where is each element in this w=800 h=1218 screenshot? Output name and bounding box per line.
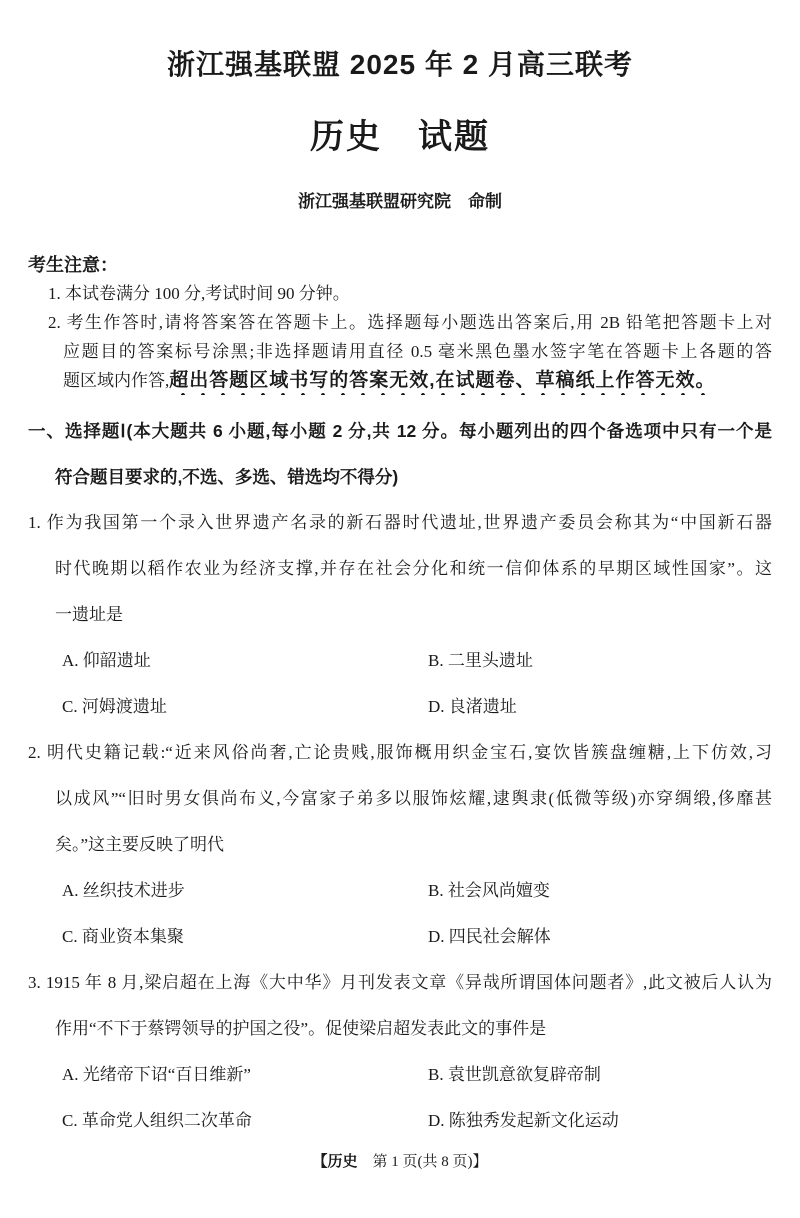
candidate-notice-section: 考生注意： 1. 本试卷满分 100 分,考试时间 90 分钟。 2. 考生作答… [28,254,772,395]
exam-title: 浙江强基联盟 2025 年 2 月高三联考 [28,0,772,82]
question-1-stem-line-1: 1. 作为我国第一个录入世界遗产名录的新石器时代遗址,世界遗产委员会称其为“中国… [28,500,772,546]
section-1-heading-line-2: 符合题目要求的,不选、多选、错选均不得分) [55,454,772,500]
question-1-options-row-1: A. 仰韶遗址 B. 二里头遗址 [28,638,772,684]
question-2-option-c: C. 商业资本集聚 [62,914,184,960]
question-1-options-row-2: C. 河姆渡遗址 D. 良渚遗址 [28,684,772,730]
question-3-option-a: A. 光绪帝下诏“百日维新” [62,1052,251,1098]
question-2-stem-line-2: 以成风”“旧时男女俱尚布义,今富家子弟多以服饰炫耀,逮舆隶(低微等级)亦穿绸缎,… [55,776,772,822]
question-2: 2. 明代史籍记载:“近来风俗尚奢,亡论贵贱,服饰概用织金宝石,宴饮皆簇盘缠糖,… [28,730,772,960]
question-2-option-d: D. 四民社会解体 [428,914,551,960]
question-1-stem-line-2: 时代晚期以稻作农业为经济支撑,并存在社会分化和统一信仰体系的早期区域性国家”。这 [55,546,772,592]
issuer-line: 浙江强基联盟研究院 命制 [28,192,772,212]
notice-heading: 考生注意： [28,254,772,276]
notice-list: 1. 本试卷满分 100 分,考试时间 90 分钟。 2. 考生作答时,请将答案… [28,279,772,395]
footer-subject-label: 【历史 [312,1153,357,1170]
notice-item-1: 1. 本试卷满分 100 分,考试时间 90 分钟。 [48,279,772,308]
subject-title: 历史 试题 [28,118,772,158]
section-1-heading-line-1: 一、选择题Ⅰ(本大题共 6 小题,每小题 2 分,共 12 分。每小题列出的四个… [28,408,772,454]
question-1-option-a: A. 仰韶遗址 [62,638,151,684]
notice-item-2-line-3: 题区域内作答,超出答题区域书写的答案无效,在试题卷、草稿纸上作答无效。 [63,366,772,395]
question-3-option-c: C. 革命党人组织二次革命 [62,1098,252,1144]
question-1-option-b: B. 二里头遗址 [428,638,533,684]
question-1-option-c: C. 河姆渡遗址 [62,684,167,730]
question-1-stem-line-3: 一遗址是 [55,592,772,638]
question-1: 1. 作为我国第一个录入世界遗产名录的新石器时代遗址,世界遗产委员会称其为“中国… [28,500,772,730]
page-footer: 【历史 第 1 页(共 8 页)】 [28,1153,772,1171]
question-2-stem-line-1: 2. 明代史籍记载:“近来风俗尚奢,亡论贵贱,服饰概用织金宝石,宴饮皆簇盘缠糖,… [28,730,772,776]
question-3-stem-line-1: 3. 1915 年 8 月,梁启超在上海《大中华》月刊发表文章《异哉所谓国体问题… [28,960,772,1006]
question-3-option-b: B. 袁世凯意欲复辟帝制 [428,1052,601,1098]
notice-item-2-line-1: 2. 考生作答时,请将答案答在答题卡上。选择题每小题选出答案后,用 2B 铅笔把… [48,308,772,337]
notice-item-2-line-2: 应题目的答案标号涂黑;非选择题请用直径 0.5 毫米黑色墨水签字笔在答题卡上各题… [63,337,772,366]
question-3: 3. 1915 年 8 月,梁启超在上海《大中华》月刊发表文章《异哉所谓国体问题… [28,960,772,1144]
section-1-heading: 一、选择题Ⅰ(本大题共 6 小题,每小题 2 分,共 12 分。每小题列出的四个… [28,408,772,500]
notice-item-2-line-3-normal: 题区域内作答, [63,371,169,390]
question-3-stem-line-2: 作用“不下于蔡锷领导的护国之役”。促使梁启超发表此文的事件是 [55,1006,772,1052]
question-2-option-a: A. 丝织技术进步 [62,868,185,914]
footer-page-number: 第 1 页(共 8 页)】 [358,1154,488,1170]
question-3-option-d: D. 陈独秀发起新文化运动 [428,1098,619,1144]
question-2-options-row-1: A. 丝织技术进步 B. 社会风尚嬗变 [28,868,772,914]
exam-paper-page: 浙江强基联盟 2025 年 2 月高三联考 历史 试题 浙江强基联盟研究院 命制… [0,0,800,1218]
question-2-stem-line-3: 矣。”这主要反映了明代 [55,822,772,868]
question-3-options-row-2: C. 革命党人组织二次革命 D. 陈独秀发起新文化运动 [28,1098,772,1144]
question-2-option-b: B. 社会风尚嬗变 [428,868,550,914]
question-3-options-row-1: A. 光绪帝下诏“百日维新” B. 袁世凯意欲复辟帝制 [28,1052,772,1098]
question-2-options-row-2: C. 商业资本集聚 D. 四民社会解体 [28,914,772,960]
question-1-option-d: D. 良渚遗址 [428,684,517,730]
notice-emphasis-text: 超出答题区域书写的答案无效,在试题卷、草稿纸上作答无效。 [169,370,715,395]
